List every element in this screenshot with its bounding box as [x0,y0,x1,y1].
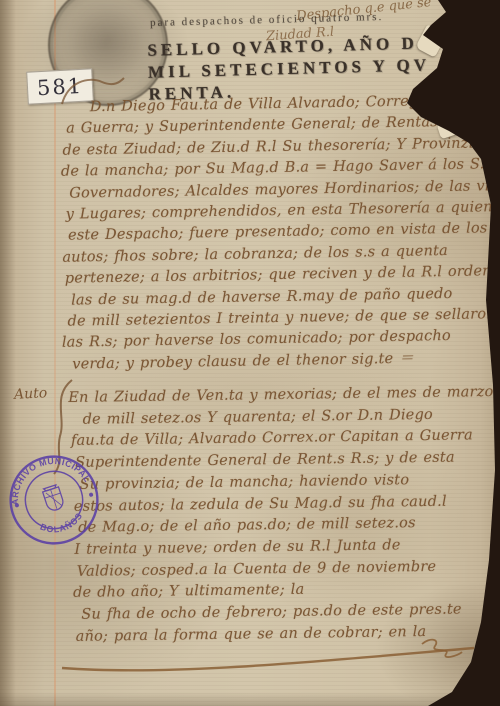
stamp-shield-icon [42,484,65,512]
manuscript-paragraph-2: En la Ziudad de Ven.ta y mexorias; de el… [68,382,496,648]
margin-note-auto: Auto [14,385,48,403]
manuscript-paper: 581 Despacho q.e que se para despachos d… [0,0,500,706]
manuscript-paragraph-1: D.n Diego Fau.ta de Villa Alvarado; Corr… [56,90,497,376]
left-edge-shadow [0,0,16,706]
archive-number: 581 [36,73,83,99]
bottom-edge-shade [0,692,500,706]
scanned-manuscript-photo: { "scene": { "background_color": "#23171… [0,0,500,706]
torn-edge-flap [436,114,470,139]
printed-fee-line: para despachos de oficio quatro mrs. [150,11,384,29]
